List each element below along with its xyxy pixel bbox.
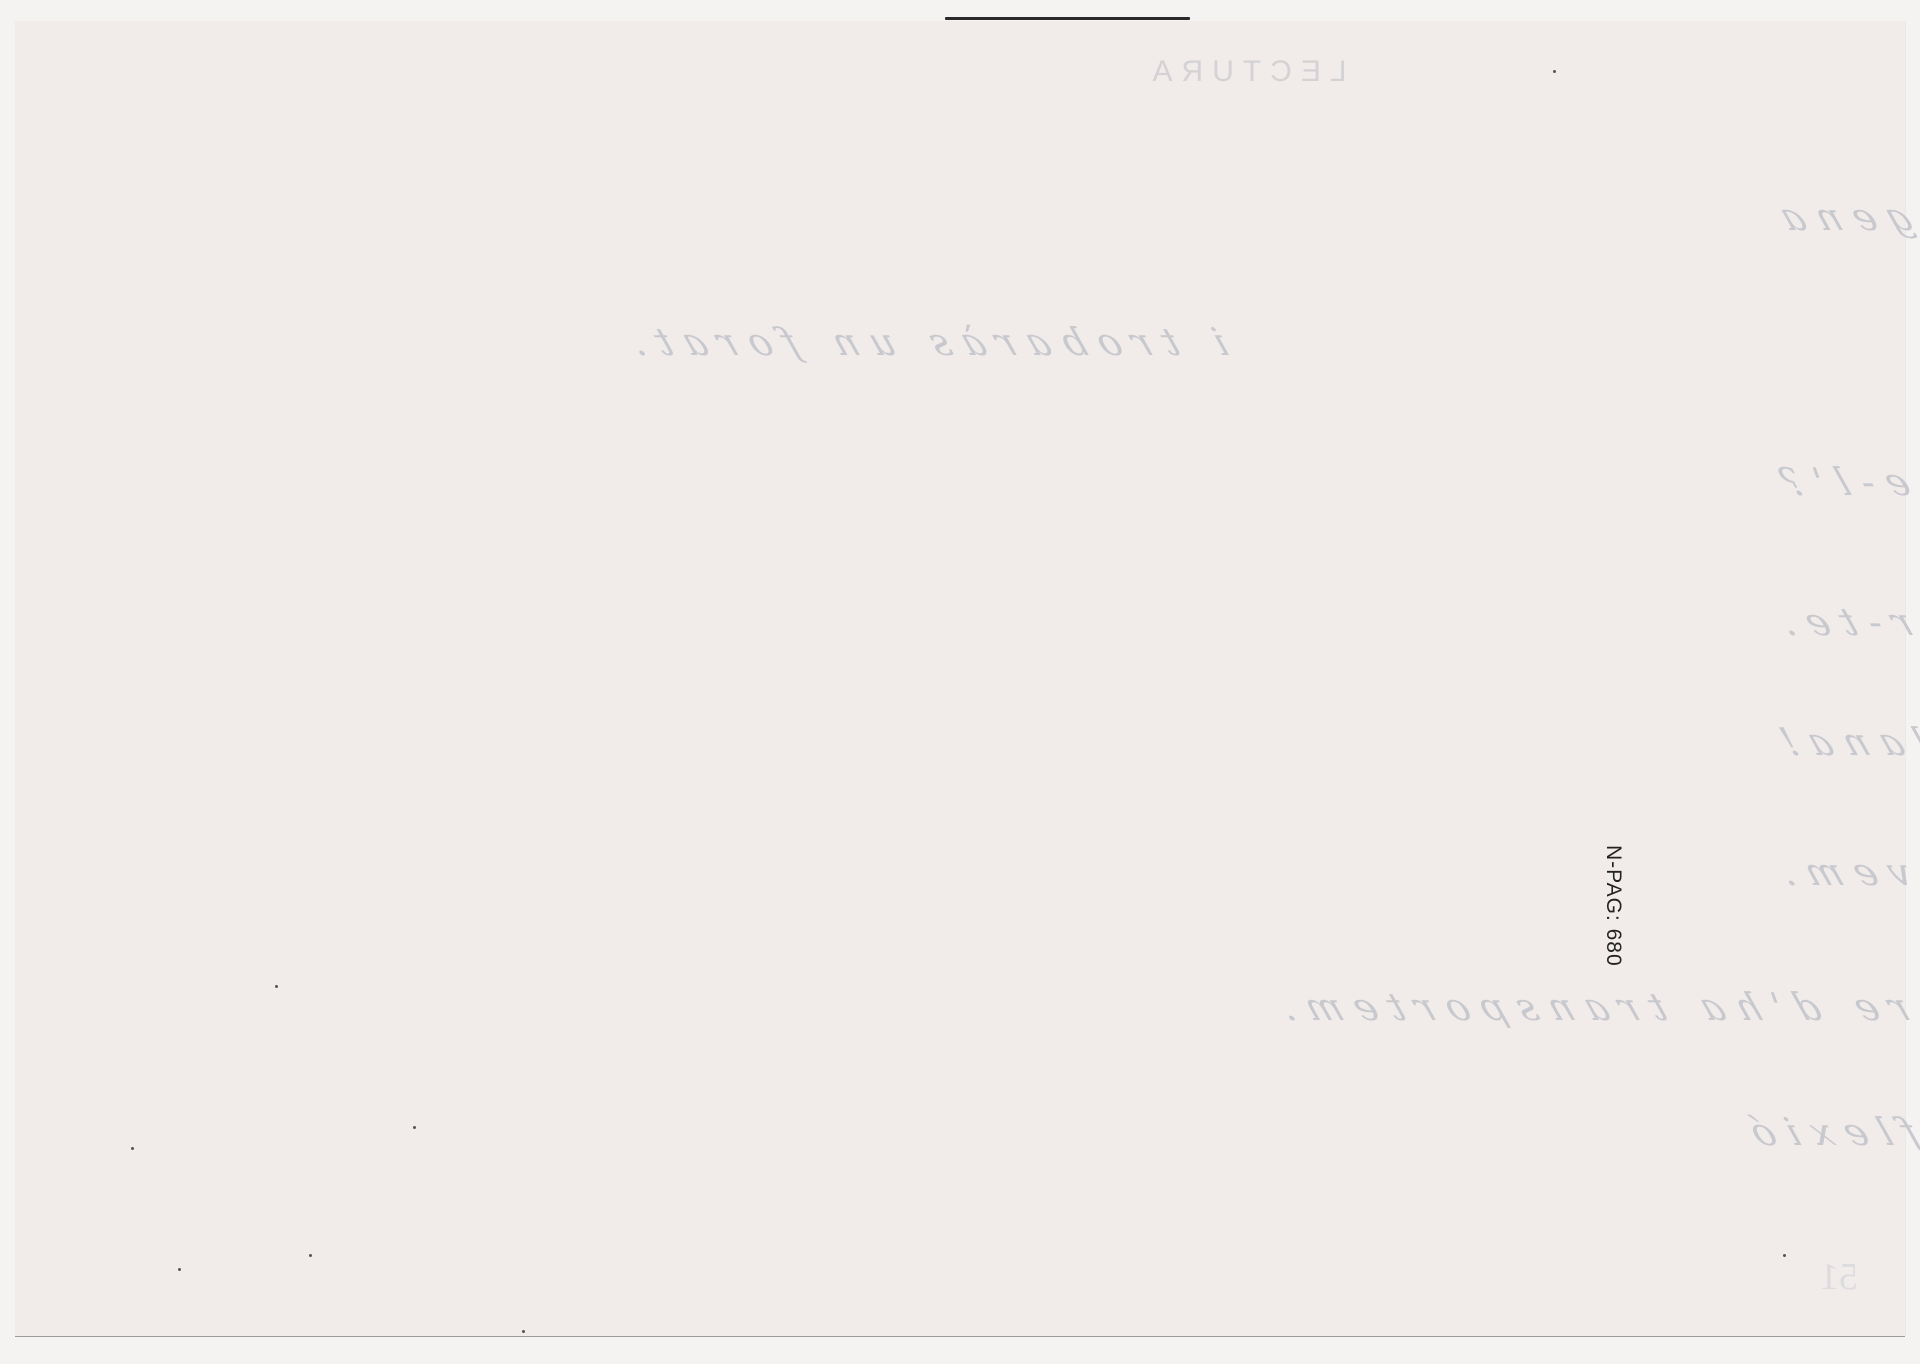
handwriting-line-7: El llibre d'ha transportem. bbox=[1262, 985, 1920, 1029]
handwriting-line-1: Agafada al racó d'a la teva sagena bbox=[1762, 195, 1920, 239]
page-stamp: N-PAG: 680 bbox=[1601, 845, 1625, 967]
handwriting-line-3: Per què con tu fas pas tocar-me-l'? bbox=[1762, 460, 1920, 504]
paper-speck bbox=[309, 1254, 312, 1257]
page-number: 51 bbox=[1820, 1255, 1858, 1299]
paper-speck bbox=[413, 1126, 416, 1129]
page-header: LECTURA bbox=[1105, 55, 1385, 89]
paper-speck bbox=[1783, 1254, 1786, 1257]
scanner-edge-line bbox=[945, 17, 1190, 20]
handwriting-line-8: Tena raó: m'ho ha de mi reflexió bbox=[1732, 1110, 1920, 1154]
handwriting-line-6: I fan cobrir repetirem fet raïms allunyà… bbox=[1762, 850, 1920, 894]
paper-speck bbox=[131, 1147, 134, 1150]
paper-speck bbox=[275, 985, 278, 988]
paper-speck bbox=[522, 1330, 525, 1333]
document-page bbox=[15, 21, 1905, 1336]
handwriting-line-2: i trobaràs un forat. bbox=[612, 320, 1234, 364]
handwriting-line-4: Jo crec que ets fusteria a comptar-te. bbox=[1762, 600, 1920, 644]
paper-speck bbox=[1553, 70, 1556, 73]
paper-speck bbox=[178, 1268, 181, 1271]
handwriting-line-5: Després d'una perduda fanera cordana! bbox=[1762, 720, 1920, 764]
